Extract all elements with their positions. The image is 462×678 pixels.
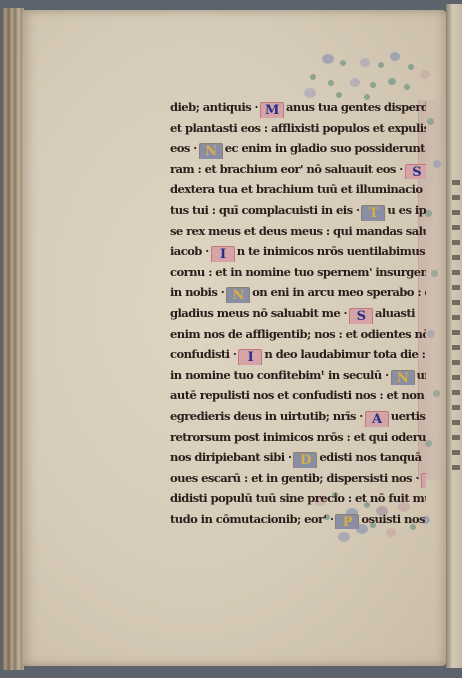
text-line: confudisti ·In deo laudabimur tota die :… bbox=[170, 344, 426, 365]
text-line: enim nos de affligentib; nos : et odient… bbox=[170, 324, 426, 345]
text-segment: autē repulisti nos et confudisti nos : e… bbox=[170, 388, 424, 402]
text-segment: anus tua gentes disperdid bbox=[286, 100, 426, 114]
text-segment: dieb; antiquis · bbox=[170, 100, 258, 114]
text-line: gladius meus nō saluabit me ·Saluasti bbox=[170, 303, 426, 324]
decorated-initial: I bbox=[211, 246, 235, 262]
manuscript-text-block: dieb; antiquis ·Manus tua gentes disperd… bbox=[170, 97, 426, 529]
text-segment: gladius meus nō saluabit me · bbox=[170, 306, 347, 320]
text-segment: in nomine tuo confitebimᵗ in seculū · bbox=[170, 368, 389, 382]
text-line: tudo in cōmutacionib; eor' ·Posuisti nos… bbox=[170, 509, 426, 530]
text-line: retrorsum post inimicos nrōs : et qui od… bbox=[170, 427, 426, 448]
text-segment: edisti nos tanquā bbox=[319, 450, 421, 464]
text-line: cornu : et in nomine tuo spernem' insurg… bbox=[170, 262, 426, 283]
text-segment: se rex meus et deus meus : qui mandas sa… bbox=[170, 224, 426, 238]
decorated-initial: N bbox=[391, 370, 415, 386]
text-line: dieb; antiquis ·Manus tua gentes disperd… bbox=[170, 97, 426, 118]
text-segment: nos diripiebant sibi · bbox=[170, 450, 291, 464]
text-segment: aluasti bbox=[375, 306, 415, 320]
decorated-initial: A bbox=[365, 411, 389, 427]
decorated-initial: N bbox=[226, 287, 250, 303]
decorated-initial: S bbox=[405, 164, 426, 180]
top-floral-border bbox=[300, 40, 450, 100]
manuscript-photograph: dieb; antiquis ·Manus tua gentes disperd… bbox=[0, 0, 462, 678]
text-segment: dextera tua et brachium tuū et illuminac… bbox=[170, 182, 426, 196]
text-line: et plantasti eos : afflixisti populos et… bbox=[170, 118, 426, 139]
facing-page-text-fragment bbox=[452, 180, 460, 480]
text-segment: n te inimicos nrōs uentilabimus bbox=[237, 244, 425, 258]
text-line: egredieris deus in uirtutib; nrīs ·Auert… bbox=[170, 406, 426, 427]
text-segment: unc bbox=[417, 368, 426, 382]
text-line: dextera tua et brachium tuū et illuminac… bbox=[170, 179, 426, 200]
decorated-initial: D bbox=[293, 452, 317, 468]
text-segment: tus tui : quī complacuisti in eis · bbox=[170, 203, 359, 217]
book-page-edges bbox=[2, 8, 24, 670]
text-segment: enim nos de affligentib; nos : et odient… bbox=[170, 327, 426, 341]
decorated-initial: M bbox=[260, 102, 284, 118]
text-line: tus tui : quī complacuisti in eis ·Tu es… bbox=[170, 200, 426, 221]
text-segment: cornu : et in nomine tuo spernem' insurg… bbox=[170, 265, 426, 279]
decorated-initial: S bbox=[349, 308, 373, 324]
text-line: se rex meus et deus meus : qui mandas sa… bbox=[170, 221, 426, 242]
text-segment: eos · bbox=[170, 141, 197, 155]
text-segment: in nobis · bbox=[170, 285, 224, 299]
text-line: ram : et brachium eor' nō saluauit eos ·… bbox=[170, 159, 426, 180]
text-line: didisti populū tuū sine precio : et nō f… bbox=[170, 488, 426, 509]
text-line: nos diripiebant sibi ·Dedisti nos tanquā bbox=[170, 447, 426, 468]
text-segment: u es ip bbox=[387, 203, 426, 217]
text-segment: didisti populū tuū sine precio : et nō f… bbox=[170, 491, 426, 505]
text-line: in nomine tuo confitebimᵗ in seculū ·Nun… bbox=[170, 365, 426, 386]
text-segment: iacob · bbox=[170, 244, 209, 258]
decorated-initial: N bbox=[199, 143, 223, 159]
text-segment: retrorsum post inimicos nrōs : et qui od… bbox=[170, 430, 426, 444]
text-segment: osuisti nos ob bbox=[361, 512, 426, 526]
decorated-initial: V bbox=[421, 473, 426, 489]
text-segment: uertisti nos bbox=[391, 409, 426, 423]
text-segment: confudisti · bbox=[170, 347, 236, 361]
decorated-initial: P bbox=[335, 514, 359, 530]
text-line: iacob ·In te inimicos nrōs uentilabimus bbox=[170, 241, 426, 262]
decorated-initial: I bbox=[238, 349, 262, 365]
text-segment: ram : et brachium eor' nō saluauit eos · bbox=[170, 162, 403, 176]
text-segment: n deo laudabimur tota die : et bbox=[264, 347, 426, 361]
text-line: eos ·Nec enim in gladio suo possiderunt … bbox=[170, 138, 426, 159]
text-segment: on eni in arcu meo sperabo : et bbox=[252, 285, 426, 299]
text-segment: egredieris deus in uirtutib; nrīs · bbox=[170, 409, 363, 423]
text-segment: oues escarū : et in gentib; dispersisti … bbox=[170, 471, 419, 485]
text-line: autē repulisti nos et confudisti nos : e… bbox=[170, 385, 426, 406]
decorated-initial: T bbox=[361, 205, 385, 221]
text-segment: tudo in cōmutacionib; eor' · bbox=[170, 512, 333, 526]
text-line: oues escarū : et in gentib; dispersisti … bbox=[170, 468, 426, 489]
text-line: in nobis ·Non eni in arcu meo sperabo : … bbox=[170, 282, 426, 303]
text-segment: et plantasti eos : afflixisti populos et… bbox=[170, 121, 426, 135]
text-segment: ec enim in gladio suo possiderunt ter bbox=[225, 141, 426, 155]
